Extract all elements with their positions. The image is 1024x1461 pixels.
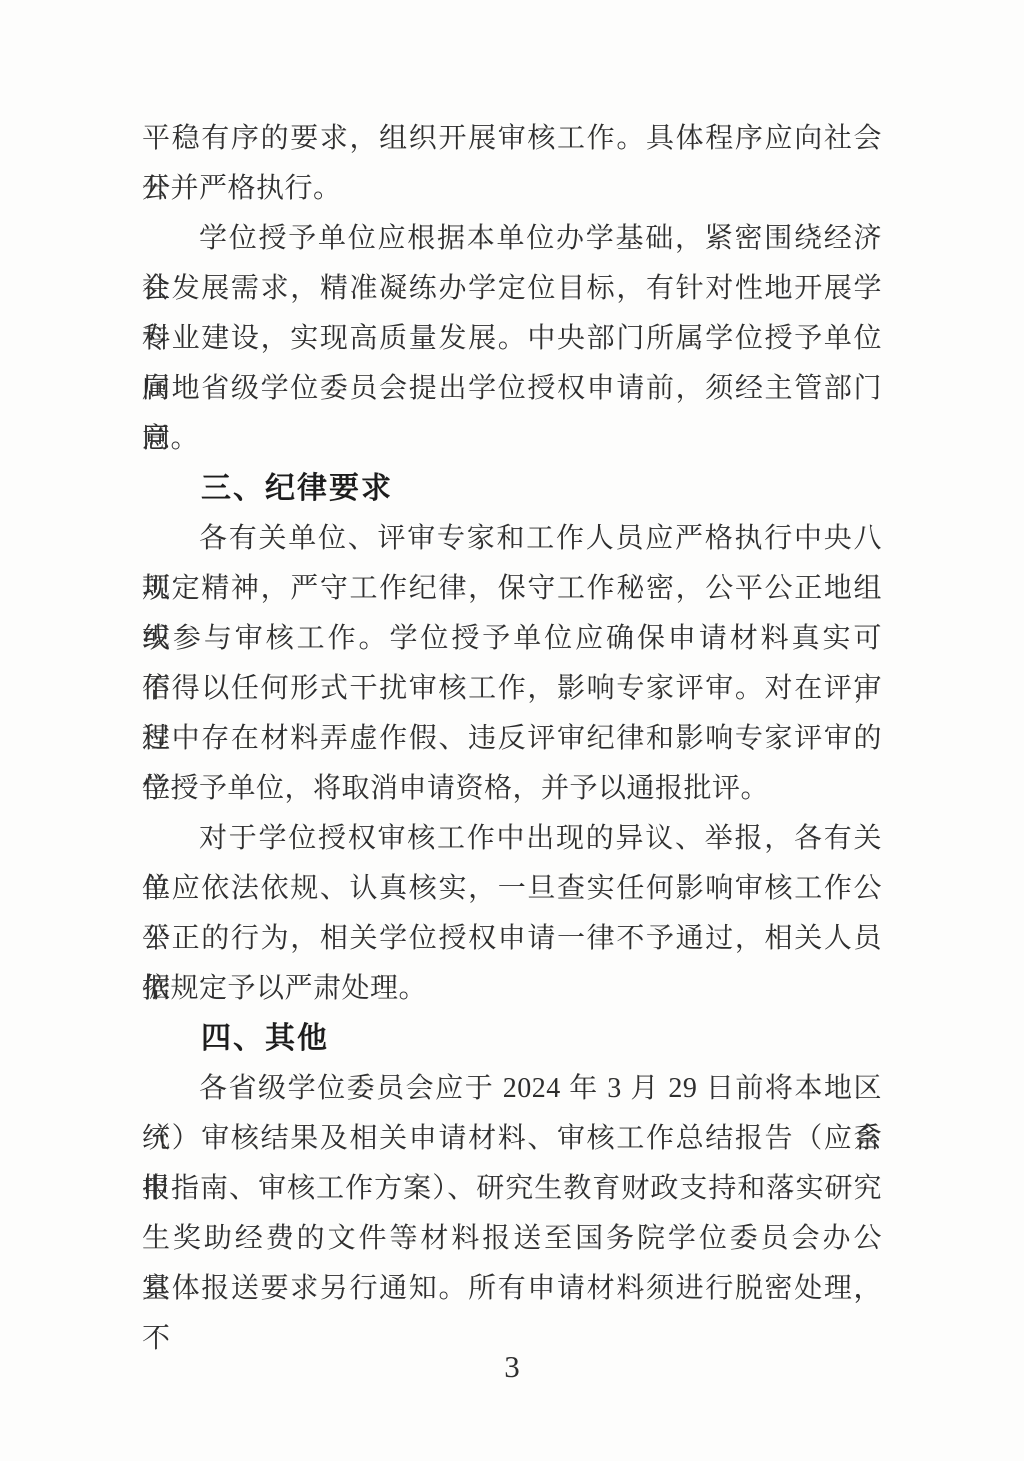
text-line: 位授予单位，将取消申请资格，并予以通报批评。 — [142, 764, 882, 814]
text-line: 规定精神，严守工作纪律，保守工作秘密，公平公正地组织 — [142, 564, 882, 614]
document-lines: 平稳有序的要求，组织开展审核工作。具体程序应向社会公开并严格执行。学位授予单位应… — [142, 114, 882, 1314]
text-line: 据规定予以严肃处理。 — [142, 964, 882, 1014]
text-line: 开并严格执行。 — [142, 164, 882, 214]
page-number: 3 — [0, 1342, 1024, 1392]
text-line: 报指南、审核工作方案）、研究生教育财政支持和落实研究 — [142, 1164, 882, 1214]
section-heading: 三、纪律要求 — [142, 464, 882, 514]
text-line: 属地省级学位委员会提出学位授权申请前，须经主管部门同 — [142, 364, 882, 414]
text-line: 各省级学位委员会应于 2024 年 3 月 29 日前将本地区（系 — [142, 1064, 882, 1114]
text-line: 对于学位授权审核工作中出现的异议、举报，各有关单 — [142, 814, 882, 864]
text-line: 专业建设，实现高质量发展。中央部门所属学位授予单位向 — [142, 314, 882, 364]
text-line: 统）审核结果及相关申请材料、审核工作总结报告（应含申 — [142, 1114, 882, 1164]
text-line: 会发展需求，精准凝练办学定位目标，有针对性地开展学科 — [142, 264, 882, 314]
text-line: 程中存在材料弄虚作假、违反评审纪律和影响专家评审的学 — [142, 714, 882, 764]
text-line: 或参与审核工作。学位授予单位应确保申请材料真实可信， — [142, 614, 882, 664]
text-line: 不得以任何形式干扰审核工作，影响专家评审。对在评审过 — [142, 664, 882, 714]
text-line: 位应依法依规、认真核实，一旦查实任何影响审核工作公平 — [142, 864, 882, 914]
text-line: 生奖助经费的文件等材料报送至国务院学位委员会办公室， — [142, 1214, 882, 1264]
text-line: 平稳有序的要求，组织开展审核工作。具体程序应向社会公 — [142, 114, 882, 164]
document-page: 平稳有序的要求，组织开展审核工作。具体程序应向社会公开并严格执行。学位授予单位应… — [0, 0, 1024, 1461]
text-line: 学位授予单位应根据本单位办学基础，紧密围绕经济社 — [142, 214, 882, 264]
text-line: 意。 — [142, 414, 882, 464]
text-line: 各有关单位、评审专家和工作人员应严格执行中央八项 — [142, 514, 882, 564]
section-heading: 四、其他 — [142, 1014, 882, 1064]
text-line: 具体报送要求另行通知。所有申请材料须进行脱密处理，不 — [142, 1264, 882, 1314]
text-line: 公正的行为，相关学位授权申请一律不予通过，相关人员依 — [142, 914, 882, 964]
